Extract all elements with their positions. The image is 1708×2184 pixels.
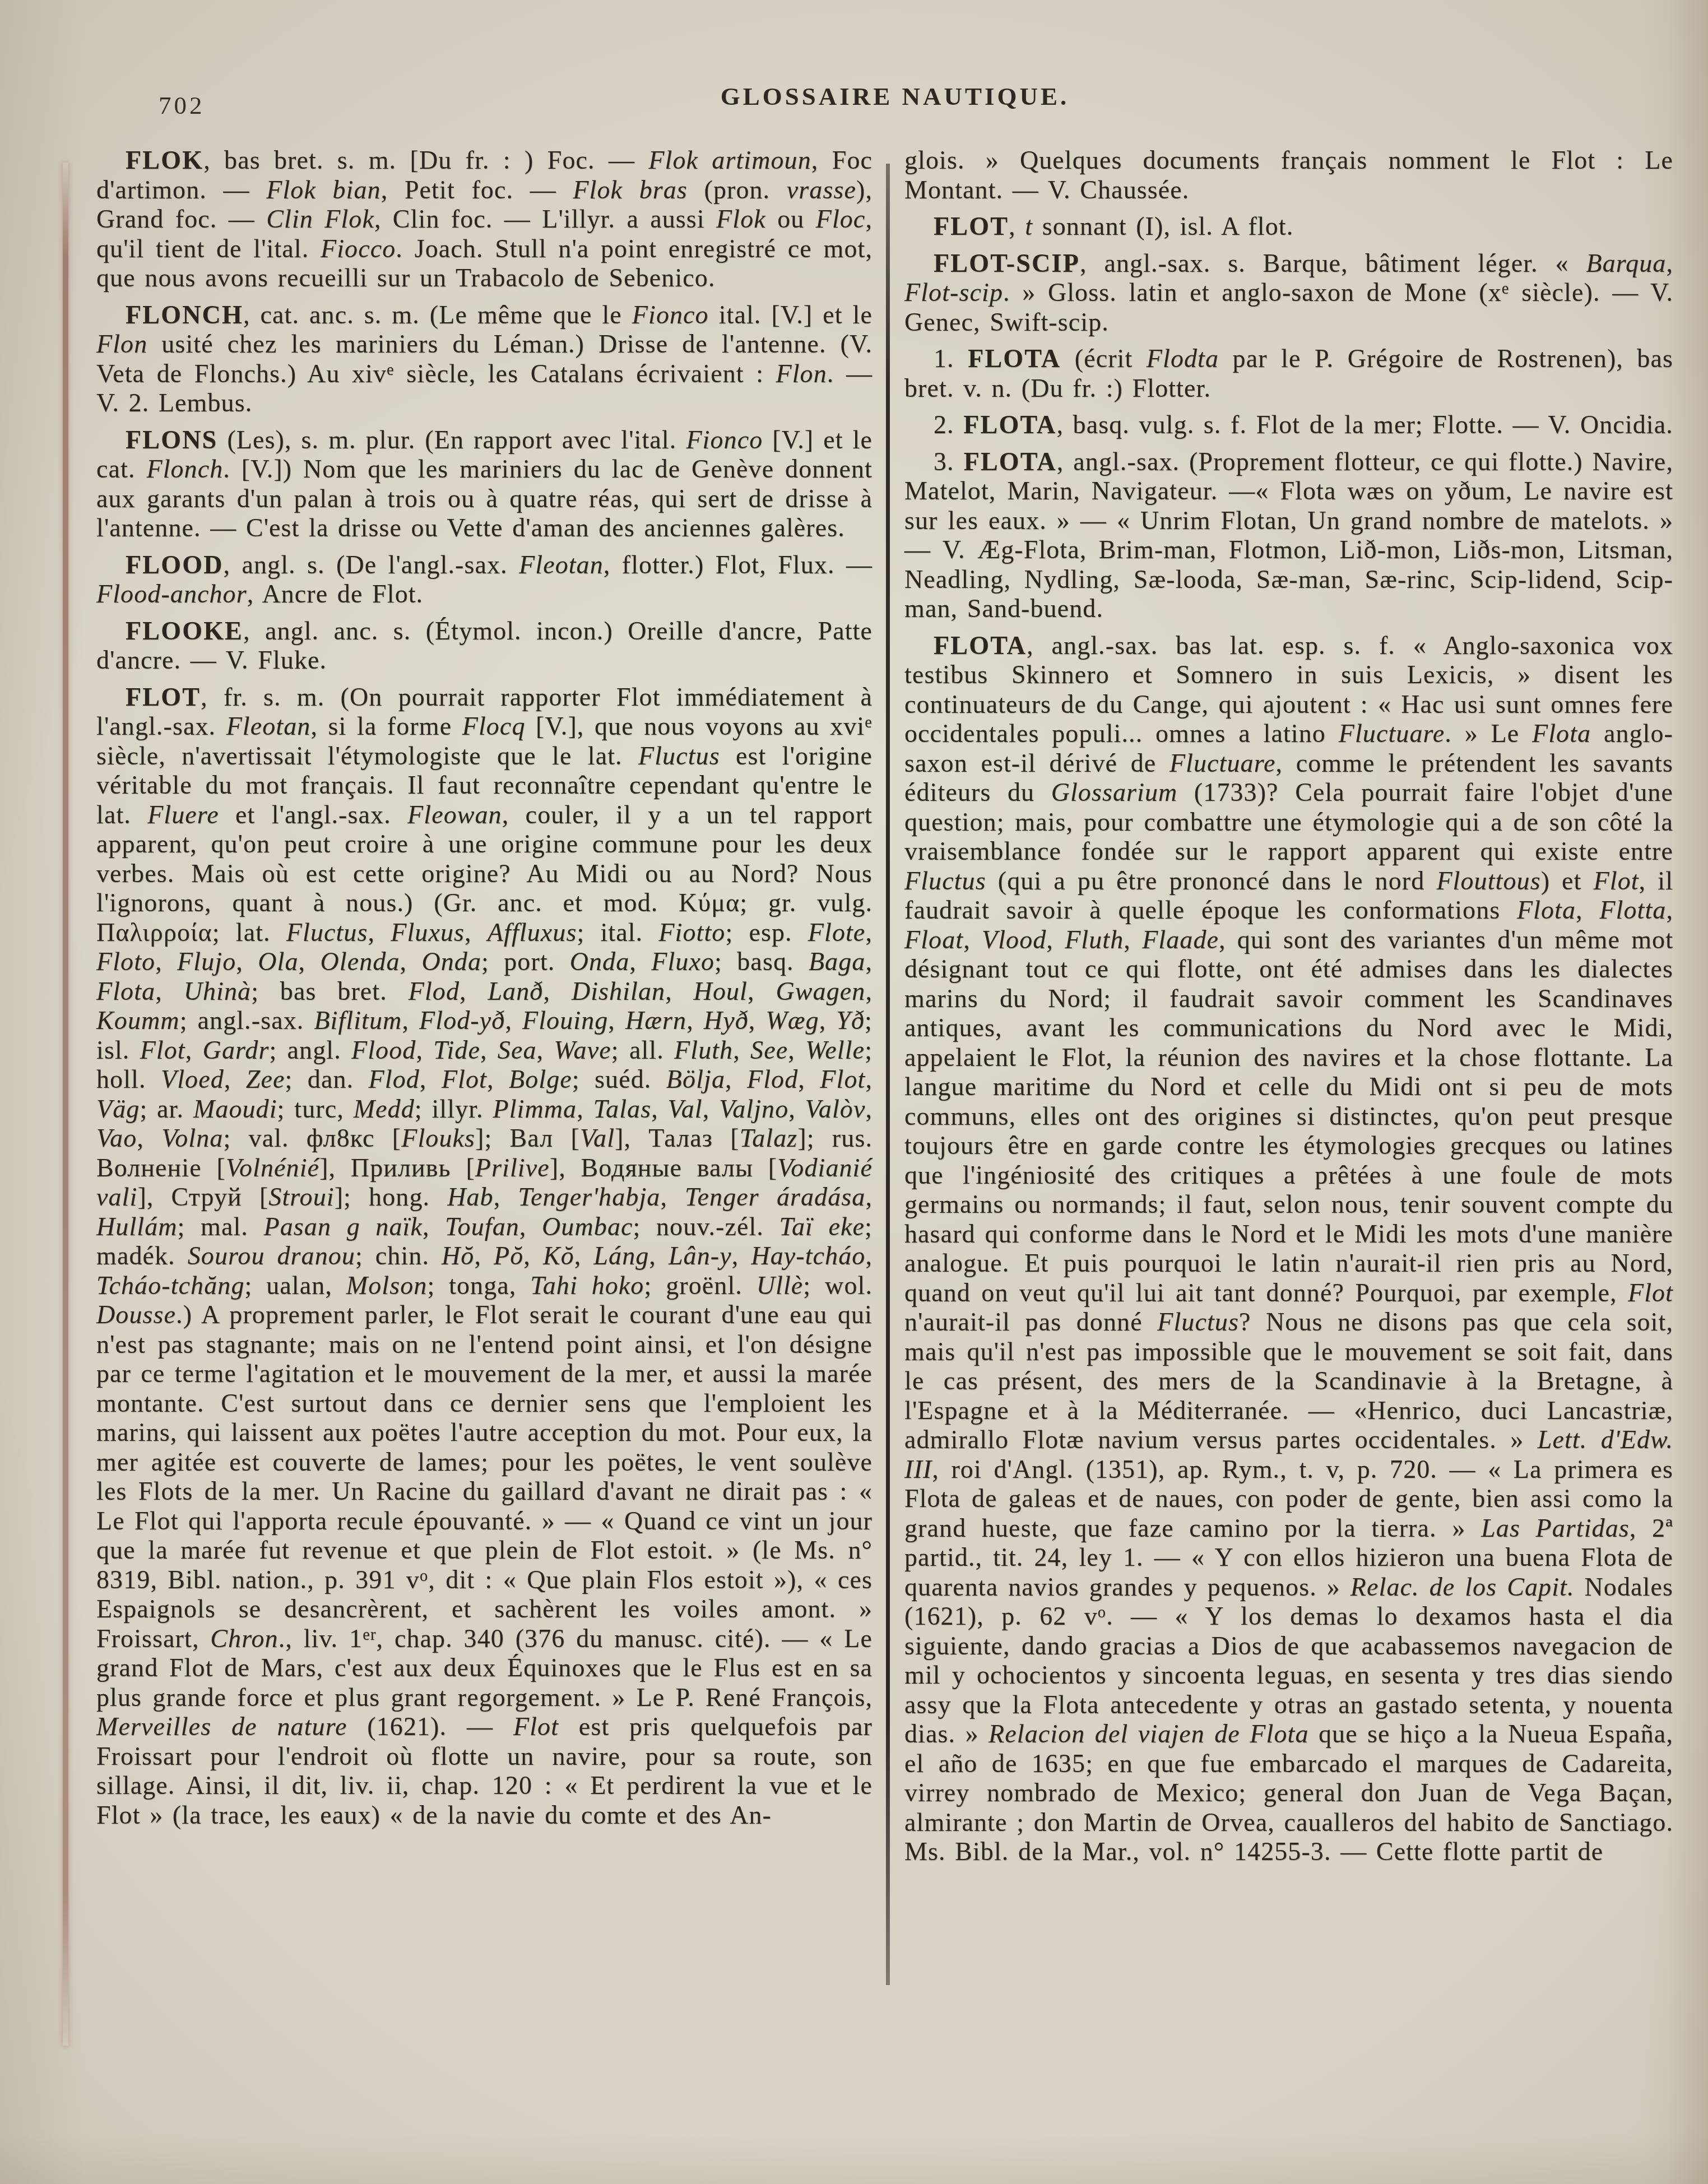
entry-flota-2: 2. FLOTA, basq. vulg. s. f. Flot de la m… bbox=[904, 410, 1673, 440]
entry-flood: FLOOD, angl. s. (De l'angl.-sax. Fleotan… bbox=[96, 550, 872, 609]
right-column: glois. » Quelques documents français nom… bbox=[904, 146, 1673, 1867]
entry-flons: FLONS (Les), s. m. plur. (En rapport ave… bbox=[96, 425, 872, 543]
page-bottom-tone bbox=[0, 2134, 1708, 2184]
entry-flota-4: FLOTA, angl.-sax. bas lat. esp. s. f. « … bbox=[904, 631, 1673, 1867]
running-title: GLOSSAIRE NAUTIQUE. bbox=[721, 82, 1070, 111]
column-divider-rule bbox=[886, 164, 890, 1985]
entry-flok: FLOK, bas bret. s. m. [Du fr. : ) Foc. —… bbox=[96, 146, 872, 293]
entry-flooke: FLOOKE, angl. anc. s. (Étymol. incon.) O… bbox=[96, 616, 872, 675]
scanned-book-page: 702 GLOSSAIRE NAUTIQUE. FLOK, bas bret. … bbox=[0, 0, 1708, 2184]
left-column: FLOK, bas bret. s. m. [Du fr. : ) Foc. —… bbox=[96, 146, 872, 1830]
entry-flot-fr: FLOT, fr. s. m. (On pourrait rapporter F… bbox=[96, 683, 872, 1830]
entry-flot-isl: FLOT, t sonnant (I), isl. A flot. bbox=[904, 212, 1673, 242]
entry-flot-continuation: glois. » Quelques documents français nom… bbox=[904, 146, 1673, 205]
entry-flonch: FLONCH, cat. anc. s. m. (Le même que le … bbox=[96, 300, 872, 418]
entry-flota-3: 3. FLOTA, angl.-sax. (Proprement flotteu… bbox=[904, 447, 1673, 624]
entry-flot-scip: FLOT-SCIP, angl.-sax. s. Barque, bâtimen… bbox=[904, 249, 1673, 337]
page-right-edge-tone bbox=[1669, 0, 1708, 2184]
page-number: 702 bbox=[159, 91, 205, 120]
entry-flota-1: 1. FLOTA (écrit Flodta par le P. Grégoir… bbox=[904, 344, 1673, 403]
page-left-edge-line bbox=[63, 163, 68, 2046]
